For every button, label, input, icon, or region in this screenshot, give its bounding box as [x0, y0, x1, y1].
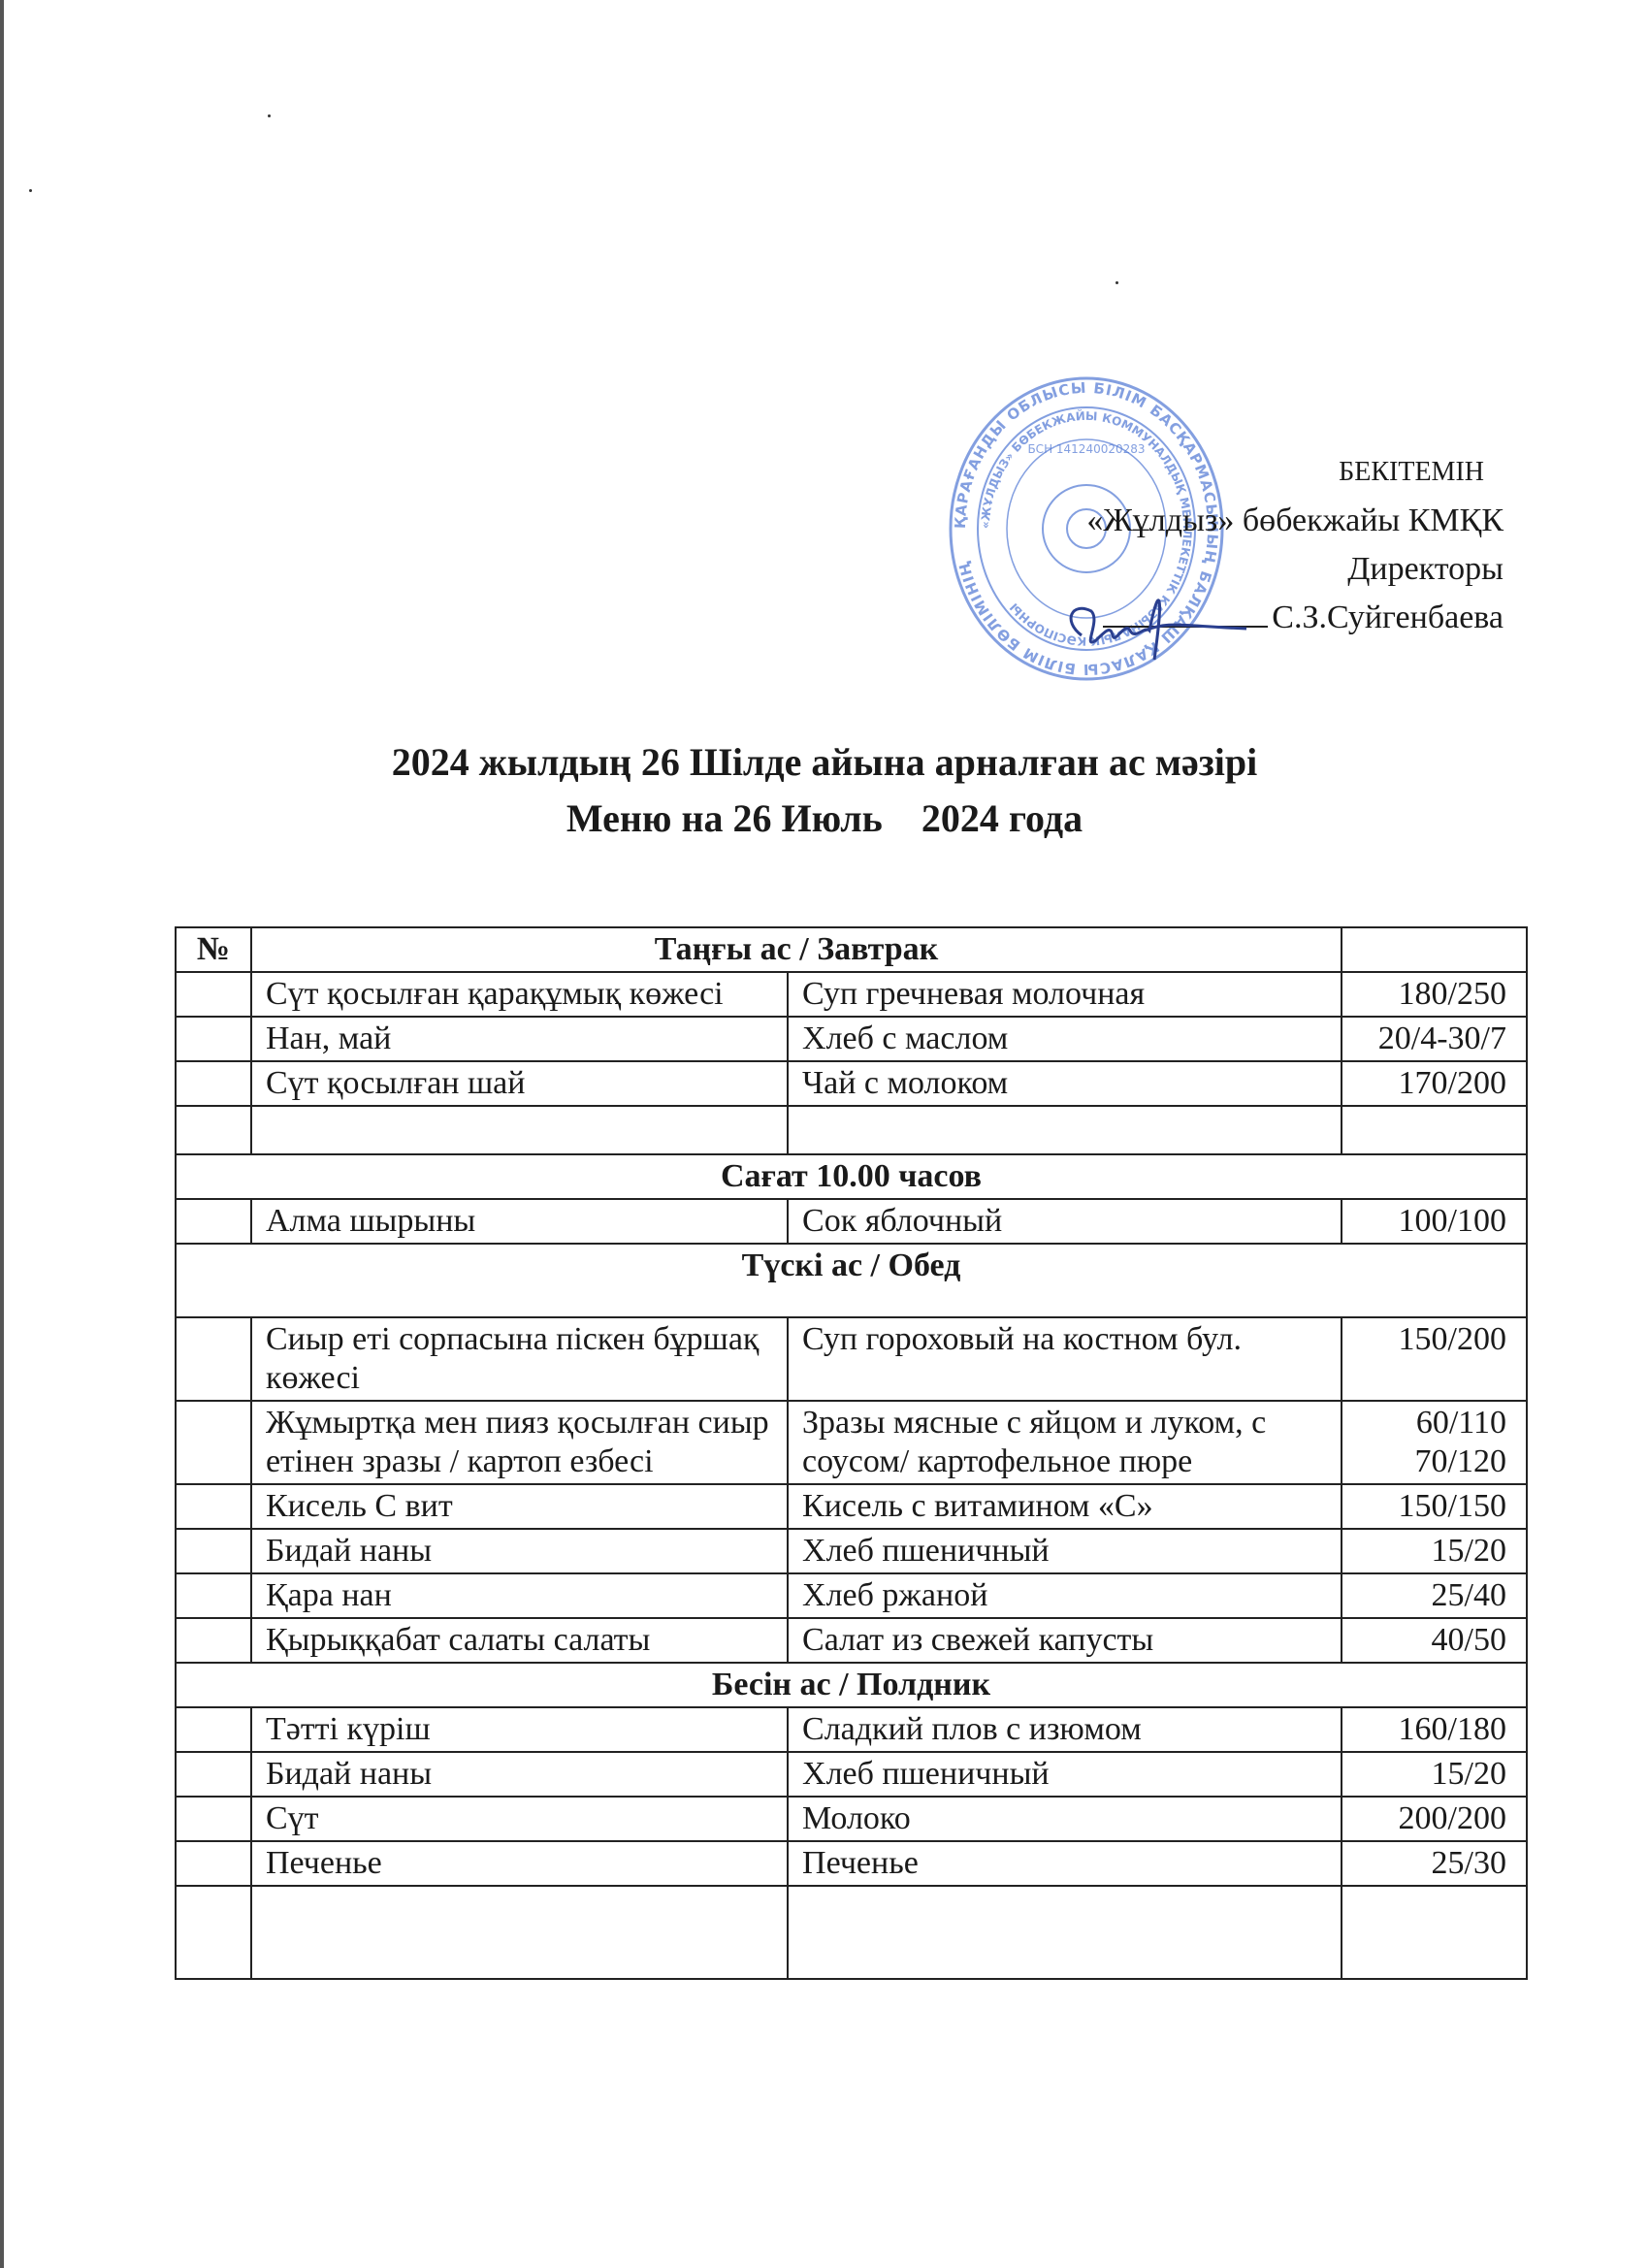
dish-name-kz: Жұмыртқа мен пияз қосылған сиыр етінен з… [251, 1401, 788, 1484]
row-number [176, 1106, 251, 1154]
portion-grams: 15/20 [1342, 1529, 1527, 1573]
row-number [176, 1317, 251, 1401]
dish-name-ru: Салат из свежей капусты [788, 1618, 1342, 1663]
portion-column-header [1342, 927, 1527, 972]
scan-edge [0, 0, 4, 2268]
dish-name-kz: Сүт қосылған қарақұмық көжесі [251, 972, 788, 1017]
dish-name-kz: Қара нан [251, 1573, 788, 1618]
scan-speck [268, 114, 271, 117]
dish-name-kz: Бидай наны [251, 1529, 788, 1573]
dish-name-kz: Печенье [251, 1841, 788, 1886]
menu-table: №Таңғы ас / ЗавтракСүт қосылған қарақұмы… [175, 926, 1528, 1980]
signature-icon [1052, 582, 1246, 669]
section-title: Түскі ас / Обед [176, 1244, 1527, 1317]
table-row: Сүт қосылған шайЧай с молоком170/200 [176, 1061, 1527, 1106]
row-number [176, 1484, 251, 1529]
row-number [176, 972, 251, 1017]
dish-name-ru: Кисель с витамином «С» [788, 1484, 1342, 1529]
director-name: С.З.Суйгенбаева [1272, 599, 1503, 635]
portion-grams [1342, 1886, 1527, 1979]
row-number [176, 1199, 251, 1244]
dish-name-kz: Алма шырыны [251, 1199, 788, 1244]
section-title: Таңғы ас / Завтрак [251, 927, 1342, 972]
row-number [176, 1841, 251, 1886]
portion-grams: 20/4-30/7 [1342, 1017, 1527, 1061]
section-header-row: Бесін ас / Полдник [176, 1663, 1527, 1707]
dish-name-ru: Молоко [788, 1797, 1342, 1841]
table-row: Бидай наныХлеб пшеничный15/20 [176, 1529, 1527, 1573]
row-number [176, 1529, 251, 1573]
dish-name-ru: Чай с молоком [788, 1061, 1342, 1106]
dish-name-ru: Сладкий плов с изюмом [788, 1707, 1342, 1752]
dish-name-kz: Нан, май [251, 1017, 788, 1061]
menu-title-kz: 2024 жылдың 26 Шілде айына арналған ас м… [0, 739, 1649, 785]
dish-name-ru: Хлеб пшеничный [788, 1752, 1342, 1797]
table-row [176, 1106, 1527, 1154]
dish-name-ru: Зразы мясные с яйцом и луком, с соусом/ … [788, 1401, 1342, 1484]
table-row: Тәтті күрішСладкий плов с изюмом160/180 [176, 1707, 1527, 1752]
table-row: Жұмыртқа мен пияз қосылған сиыр етінен з… [176, 1401, 1527, 1484]
row-number [176, 1752, 251, 1797]
dish-name-kz [251, 1106, 788, 1154]
portion-grams [1342, 1106, 1527, 1154]
section-title: Бесін ас / Полдник [176, 1663, 1527, 1707]
portion-grams: 180/250 [1342, 972, 1527, 1017]
portion-grams: 160/180 [1342, 1707, 1527, 1752]
dish-name-kz: Тәтті күріш [251, 1707, 788, 1752]
dish-name-ru: Печенье [788, 1841, 1342, 1886]
row-number [176, 1573, 251, 1618]
dish-name-ru: Сок яблочный [788, 1199, 1342, 1244]
portion-grams: 40/50 [1342, 1618, 1527, 1663]
approval-heading: БЕКІТЕМІН [1086, 448, 1484, 497]
portion-grams: 25/40 [1342, 1573, 1527, 1618]
row-number [176, 1618, 251, 1663]
portion-grams: 200/200 [1342, 1797, 1527, 1841]
table-row: Сүт қосылған қарақұмық көжесіСуп гречнев… [176, 972, 1527, 1017]
table-row: ПеченьеПеченье25/30 [176, 1841, 1527, 1886]
section-title: Сағат 10.00 часов [176, 1154, 1527, 1199]
portion-grams: 15/20 [1342, 1752, 1527, 1797]
portion-grams: 25/30 [1342, 1841, 1527, 1886]
portion-grams: 150/200 [1342, 1317, 1527, 1401]
row-number [176, 1707, 251, 1752]
number-column-header: № [176, 927, 251, 972]
dish-name-kz [251, 1886, 788, 1979]
dish-name-ru: Суп гречневая молочная [788, 972, 1342, 1017]
table-row: Қырыққабат салаты салатыСалат из свежей … [176, 1618, 1527, 1663]
dish-name-ru: Хлеб пшеничный [788, 1529, 1342, 1573]
table-row: Кисель С витКисель с витамином «С»150/15… [176, 1484, 1527, 1529]
dish-name-ru: Хлеб ржаной [788, 1573, 1342, 1618]
row-number [176, 1061, 251, 1106]
row-number [176, 1017, 251, 1061]
portion-grams: 100/100 [1342, 1199, 1527, 1244]
portion-grams: 170/200 [1342, 1061, 1527, 1106]
table-row: Сиыр еті сорпасына піскен бұршақ көжесіС… [176, 1317, 1527, 1401]
dish-name-ru [788, 1886, 1342, 1979]
dish-name-kz: Сүт қосылған шай [251, 1061, 788, 1106]
menu-title-ru: Меню на 26 Июль 2024 года [0, 795, 1649, 841]
table-row: Қара нанХлеб ржаной25/40 [176, 1573, 1527, 1618]
row-number [176, 1797, 251, 1841]
dish-name-kz: Сүт [251, 1797, 788, 1841]
dish-name-ru [788, 1106, 1342, 1154]
dish-name-kz: Бидай наны [251, 1752, 788, 1797]
section-header-row: №Таңғы ас / Завтрак [176, 927, 1527, 972]
organization-name: «Жұлдыз» бөбекжайы КМҚК [1086, 497, 1503, 545]
table-row: Алма шырыныСок яблочный100/100 [176, 1199, 1527, 1244]
row-number [176, 1886, 251, 1979]
dish-name-kz: Сиыр еті сорпасына піскен бұршақ көжесі [251, 1317, 788, 1401]
table-row: Нан, майХлеб с маслом20/4-30/7 [176, 1017, 1527, 1061]
portion-grams: 60/11070/120 [1342, 1401, 1527, 1484]
section-header-row: Сағат 10.00 часов [176, 1154, 1527, 1199]
dish-name-kz: Кисель С вит [251, 1484, 788, 1529]
scan-speck [29, 189, 32, 192]
table-row: Бидай наныХлеб пшеничный15/20 [176, 1752, 1527, 1797]
dish-name-ru: Хлеб с маслом [788, 1017, 1342, 1061]
section-header-row: Түскі ас / Обед [176, 1244, 1527, 1317]
table-row: СүтМолоко200/200 [176, 1797, 1527, 1841]
portion-grams: 150/150 [1342, 1484, 1527, 1529]
dish-name-ru: Суп гороховый на костном бул. [788, 1317, 1342, 1401]
table-row [176, 1886, 1527, 1979]
dish-name-kz: Қырыққабат салаты салаты [251, 1618, 788, 1663]
scan-speck [1115, 281, 1118, 284]
row-number [176, 1401, 251, 1484]
